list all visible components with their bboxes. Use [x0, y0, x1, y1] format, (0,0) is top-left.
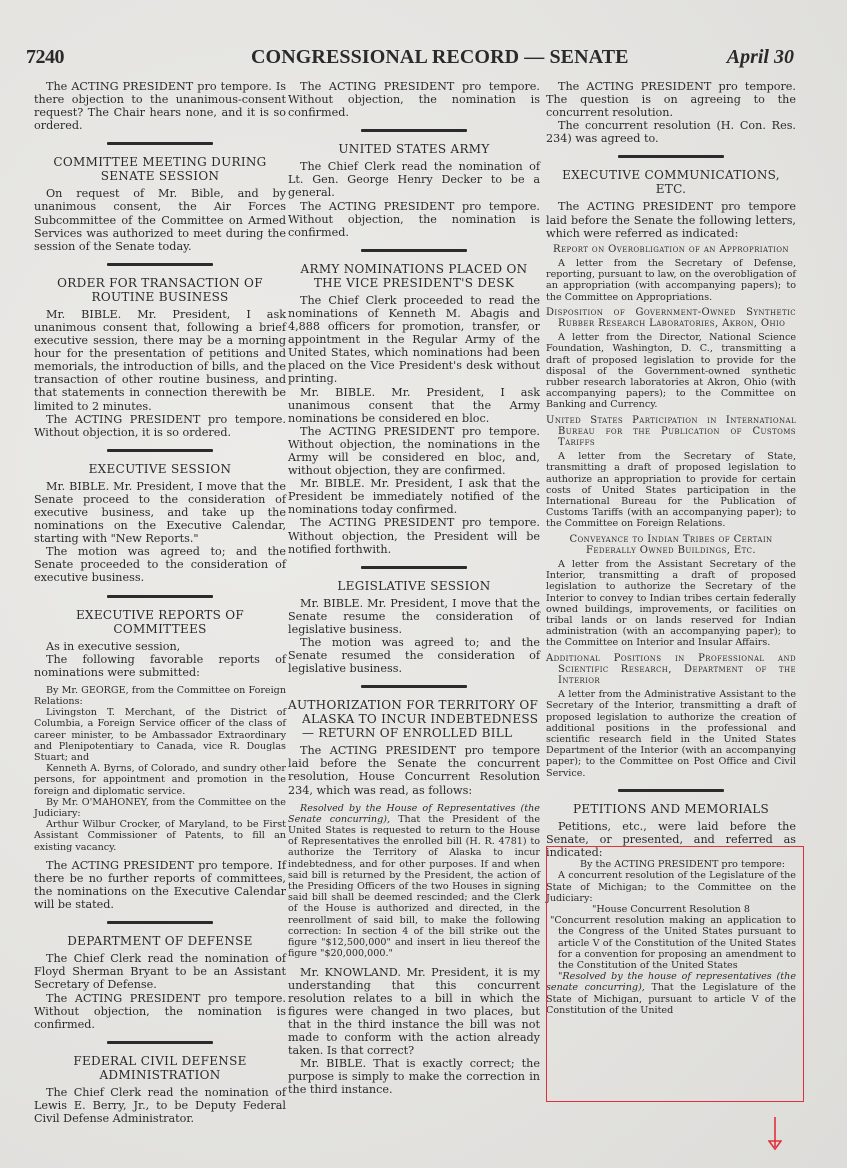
- paragraph: The ACTING PRESIDENT pro tempore laid be…: [546, 200, 796, 239]
- paragraph: Mr. BIBLE. Mr. President, I ask unanimou…: [34, 308, 286, 413]
- letter-entry: A letter from the Director, National Sci…: [546, 332, 796, 410]
- publication-date: April 30: [727, 46, 794, 69]
- section-heading: UNITED STATES ARMY: [288, 142, 540, 156]
- paragraph: The Chief Clerk proceeded to read the no…: [288, 294, 540, 386]
- paragraph: Mr. BIBLE. Mr. President, I ask that the…: [288, 477, 540, 516]
- section-heading: LEGISLATIVE SESSION: [288, 579, 540, 593]
- paragraph: The Chief Clerk read the nomination of F…: [34, 952, 286, 991]
- paragraph: Mr. KNOWLAND. Mr. President, it is my un…: [288, 966, 540, 1058]
- section-divider: [107, 142, 213, 145]
- section-divider: [618, 789, 724, 792]
- letter-entry: A letter from the Administrative Assista…: [546, 689, 796, 779]
- section-heading: FEDERAL CIVIL DEFENSE ADMINISTRATION: [34, 1054, 286, 1082]
- section-heading: EXECUTIVE COMMUNICATIONS, ETC.: [546, 168, 796, 196]
- section-divider: [107, 921, 213, 924]
- subheading: Disposition of Government-Owned Syntheti…: [546, 307, 796, 329]
- section-heading: DEPARTMENT OF DEFENSE: [34, 934, 286, 948]
- section-divider: [107, 1041, 213, 1044]
- highlight-box: [546, 846, 804, 1102]
- document-page: 7240 CONGRESSIONAL RECORD — SENATE April…: [0, 0, 847, 1168]
- paragraph: Mr. BIBLE. Mr. President, I move that th…: [34, 480, 286, 545]
- section-heading: ORDER FOR TRANSACTION OF ROUTINE BUSINES…: [34, 276, 286, 304]
- paragraph: Mr. BIBLE. Mr. President, I ask unanimou…: [288, 386, 540, 425]
- nomination-entry: Livingston T. Merchant, of the District …: [34, 707, 286, 763]
- subheading: Report on Overobligation of an Appropria…: [546, 244, 796, 255]
- down-arrow-icon: [768, 1117, 782, 1151]
- paragraph: On request of Mr. Bible, and by unanimou…: [34, 187, 286, 252]
- nomination-entry: By Mr. O'MAHONEY, from the Committee on …: [34, 797, 286, 819]
- paragraph: The ACTING PRESIDENT pro tempore. Withou…: [288, 200, 540, 239]
- paragraph: The Chief Clerk read the nomination of L…: [288, 160, 540, 199]
- paragraph: The ACTING PRESIDENT pro tempore. The qu…: [546, 80, 796, 119]
- section-heading: AUTHORIZATION FOR TERRITORY OF ALASKA TO…: [288, 698, 540, 740]
- section-divider: [361, 685, 467, 688]
- paragraph: The ACTING PRESIDENT pro tempore laid be…: [288, 744, 540, 796]
- column-1: The ACTING PRESIDENT pro tempore. Is the…: [34, 80, 286, 1125]
- subheading: United States Participation in Internati…: [546, 415, 796, 449]
- nomination-entry: Kenneth A. Byrns, of Colorado, and sundr…: [34, 763, 286, 797]
- paragraph: The ACTING PRESIDENT pro tempore. Withou…: [288, 425, 540, 477]
- resolution-text: Resolved by the House of Representatives…: [288, 803, 540, 960]
- paragraph: The ACTING PRESIDENT pro tempore. Withou…: [288, 516, 540, 555]
- paragraph: The ACTING PRESIDENT pro tempore. Withou…: [34, 413, 286, 439]
- paragraph: The motion was agreed to; and the Senate…: [288, 636, 540, 675]
- paragraph: The concurrent resolution (H. Con. Res. …: [546, 119, 796, 145]
- subheading: Additional Positions in Professional and…: [546, 653, 796, 687]
- publication-title: CONGRESSIONAL RECORD — SENATE: [251, 46, 629, 69]
- letter-entry: A letter from the Secretary of State, tr…: [546, 451, 796, 529]
- section-divider: [107, 263, 213, 266]
- paragraph: The following favorable reports of nomin…: [34, 653, 286, 679]
- section-divider: [107, 595, 213, 598]
- page-number: 7240: [26, 46, 64, 69]
- section-heading: ARMY NOMINATIONS PLACED ON THE VICE PRES…: [288, 262, 540, 290]
- section-heading: COMMITTEE MEETING DURING SENATE SESSION: [34, 155, 286, 183]
- column-2: The ACTING PRESIDENT pro tempore. Withou…: [288, 80, 540, 1096]
- paragraph: Mr. BIBLE. Mr. President, I move that th…: [288, 597, 540, 636]
- section-heading: PETITIONS AND MEMORIALS: [546, 802, 796, 816]
- section-divider: [107, 449, 213, 452]
- section-divider: [618, 155, 724, 158]
- paragraph: Mr. BIBLE. That is exactly correct; the …: [288, 1057, 540, 1096]
- paragraph: The ACTING PRESIDENT pro tempore. If the…: [34, 859, 286, 911]
- resolution-body: That the President of the United States …: [288, 814, 540, 959]
- paragraph: The motion was agreed to; and the Senate…: [34, 545, 286, 584]
- letter-entry: A letter from the Secretary of Defense, …: [546, 258, 796, 303]
- nomination-entry: By Mr. GEORGE, from the Committee on For…: [34, 685, 286, 707]
- section-heading: EXECUTIVE SESSION: [34, 462, 286, 476]
- section-divider: [361, 129, 467, 132]
- section-divider: [361, 249, 467, 252]
- subheading: Conveyance to Indian Tribes of Certain F…: [546, 534, 796, 556]
- paragraph: The ACTING PRESIDENT pro tempore. Is the…: [34, 80, 286, 132]
- section-heading: EXECUTIVE REPORTS OF COMMITTEES: [34, 608, 286, 636]
- paragraph: The ACTING PRESIDENT pro tempore. Withou…: [34, 992, 286, 1031]
- paragraph: The ACTING PRESIDENT pro tempore. Withou…: [288, 80, 540, 119]
- paragraph: As in executive session,: [34, 640, 286, 653]
- nomination-entry: Arthur Wilbur Crocker, of Maryland, to b…: [34, 819, 286, 853]
- paragraph: The Chief Clerk read the nomination of L…: [34, 1086, 286, 1125]
- letter-entry: A letter from the Assistant Secretary of…: [546, 559, 796, 649]
- section-divider: [361, 566, 467, 569]
- masthead: 7240 CONGRESSIONAL RECORD — SENATE April…: [26, 46, 794, 72]
